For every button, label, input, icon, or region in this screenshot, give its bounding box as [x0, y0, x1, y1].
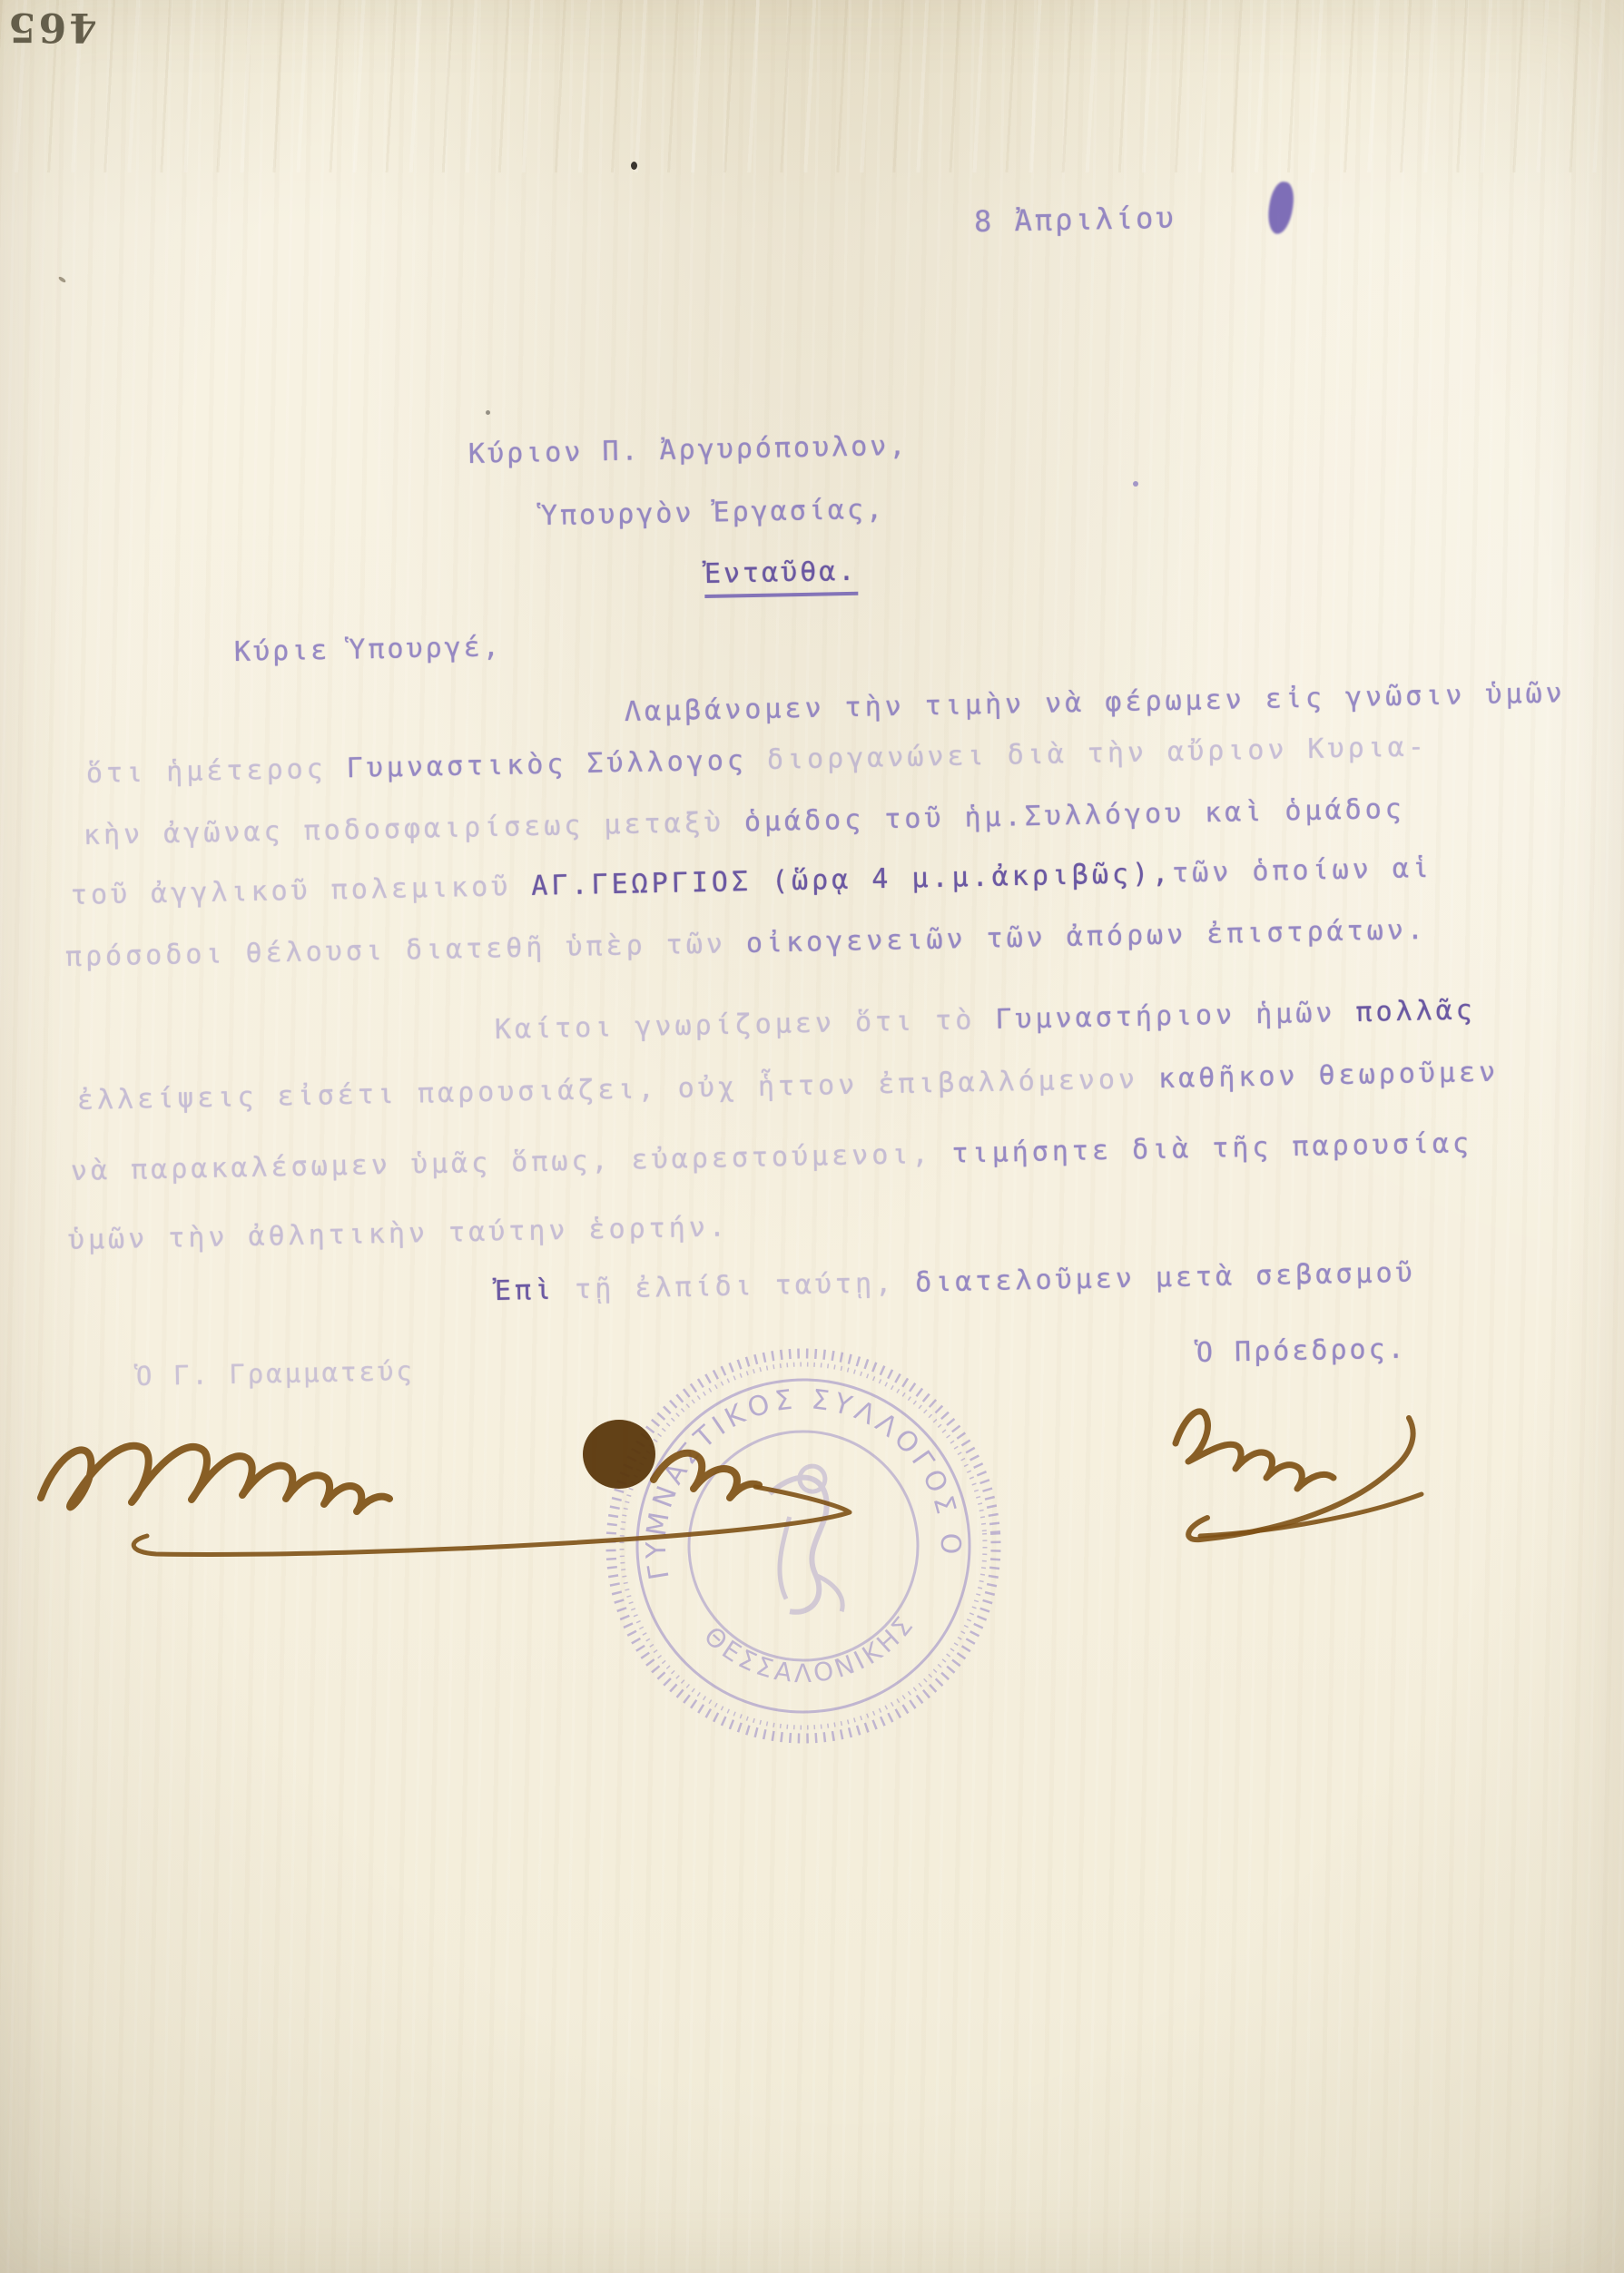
- typed-text-segment: διατελοῦμεν μετὰ σεβασμοῦ: [915, 1257, 1416, 1299]
- typed-text-segment: νὰ παρακαλέσωμεν ὑμᾶς ὅπως, εὐαρεστούμεν…: [71, 1138, 952, 1187]
- typed-line: νὰ παρακαλέσωμεν ὑμᾶς ὅπως, εὐαρεστούμεν…: [71, 1130, 1473, 1186]
- typed-text-segment: ὅτι ἡμέτερος: [86, 753, 347, 790]
- typed-line: πρόσοδοι θέλουσι διατεθῆ ὑπὲρ τῶν οἰκογε…: [65, 917, 1427, 971]
- letter-page: 465 8 Ἀπριλίου Κύριον Π. Ἀργυρόπουλον, Ὑ…: [0, 0, 1624, 2273]
- typed-line: Καίτοι γνωρίζομεν ὅτι τὸ Γυμναστήριον ἡμ…: [495, 997, 1476, 1044]
- typed-text-segment: Λαμβάνομεν τὴν τιμὴν νὰ φέρωμεν εἰς γνῶσ…: [625, 677, 1566, 728]
- typed-text-segment: Ἐπὶ: [495, 1274, 576, 1307]
- typed-line: Λαμβάνομεν τὴν τιμὴν νὰ φέρωμεν εἰς γνῶσ…: [625, 680, 1566, 726]
- typed-text-segment: Καίτοι γνωρίζομεν ὅτι τὸ: [495, 1004, 996, 1046]
- ink-speck: [631, 162, 637, 170]
- recipient-name: Κύριον Π. Ἀργυρόπουλον,: [468, 433, 909, 468]
- ink-speck: [486, 410, 490, 415]
- typed-text-segment: Γυμναστικὸς Σύλλογος: [346, 744, 767, 784]
- president-label: Ὁ Πρόεδρος.: [1196, 1336, 1407, 1367]
- typed-text-segment: ἐλλείψεις εἰσέτι παρουσιάζει,: [77, 1073, 678, 1117]
- typed-text-segment: ΑΓ.ΓΕΩΡΓΙΟΣ: [531, 866, 772, 902]
- typed-text-segment: Γυμναστήριον ἡμῶν: [995, 997, 1356, 1036]
- typed-text-segment: πρόσοδοι θέλουσι διατεθῆ ὑπὲρ τῶν: [65, 928, 747, 973]
- ink-speck: [1133, 481, 1138, 487]
- typed-text-segment: τῶν ὁποίων αἱ: [1172, 852, 1432, 890]
- recipient-location: Ἐνταῦθα.: [704, 558, 858, 598]
- typed-line: τοῦ ἀγγλικοῦ πολεμικοῦ ΑΓ.ΓΕΩΡΓΙΟΣ (ὥρᾳ …: [71, 855, 1433, 910]
- date-ink-blot: [1265, 180, 1296, 235]
- typed-line: ἐλλείψεις εἰσέτι παρουσιάζει, οὐχ ἧττον …: [77, 1059, 1500, 1115]
- typed-text-segment: διοργανώνει διὰ τὴν αὔριον Κυρια-: [767, 731, 1429, 776]
- typed-text-segment: (ὥρᾳ 4 μ.μ.ἀκριβῶς),: [772, 858, 1173, 898]
- typed-line: ὑμῶν τὴν ἀθλητικὴν ταύτην ἑορτήν.: [68, 1214, 729, 1255]
- typed-text-segment: τιμήσητε διὰ τῆς παρουσίας: [951, 1127, 1472, 1170]
- archive-number: 465: [5, 4, 97, 50]
- secretary-signature: [18, 1380, 890, 1598]
- ink-speck: [58, 276, 67, 283]
- recipient-title: Ὑπουργὸν Ἐργασίας,: [541, 497, 886, 530]
- typed-text-segment: οὐχ ἧττον ἐπιβαλλόμενον: [677, 1063, 1158, 1105]
- signature-ink-blot: [583, 1420, 655, 1489]
- typed-text-segment: καθῆκον θεωροῦμεν: [1158, 1057, 1500, 1096]
- typed-text-segment: πολλᾶς: [1355, 994, 1476, 1028]
- typed-text-segment: τῇ ἐλπίδι ταύτῃ,: [575, 1267, 916, 1306]
- date-line: 8 Ἀπριλίου: [974, 203, 1176, 236]
- typed-text-segment: κὴν ἀγῶνας ποδοσφαιρίσεως μεταξὺ: [84, 806, 745, 851]
- typed-text-segment: οἰκογενειῶν τῶν ἀπόρων ἐπιστράτων.: [746, 914, 1428, 959]
- salutation: Κύριε Ὑπουργέ,: [234, 634, 502, 666]
- president-signature: [1144, 1380, 1443, 1561]
- typed-line: κὴν ἀγῶνας ποδοσφαιρίσεως μεταξὺ ὁμάδος …: [84, 796, 1405, 850]
- stamp-arc-bottom-text: ΘΕΣΣΑΛΟΝΙΚΗΣ: [697, 1607, 925, 1697]
- typed-text-segment: ὑμῶν τὴν ἀθλητικὴν ταύτην ἑορτήν.: [68, 1211, 730, 1256]
- typed-line: ὅτι ἡμέτερος Γυμναστικὸς Σύλλογος διοργα…: [86, 733, 1428, 788]
- typed-text-segment: τοῦ ἀγγλικοῦ πολεμικοῦ: [71, 871, 532, 911]
- paper-wrinkles: [0, 0, 1624, 172]
- typed-text-segment: ὁμάδος τοῦ ἡμ.Συλλόγου καὶ ὁμάδος: [744, 793, 1406, 839]
- typed-line: Ἐπὶ τῇ ἐλπίδι ταύτῃ, διατελοῦμεν μετὰ σε…: [495, 1260, 1416, 1305]
